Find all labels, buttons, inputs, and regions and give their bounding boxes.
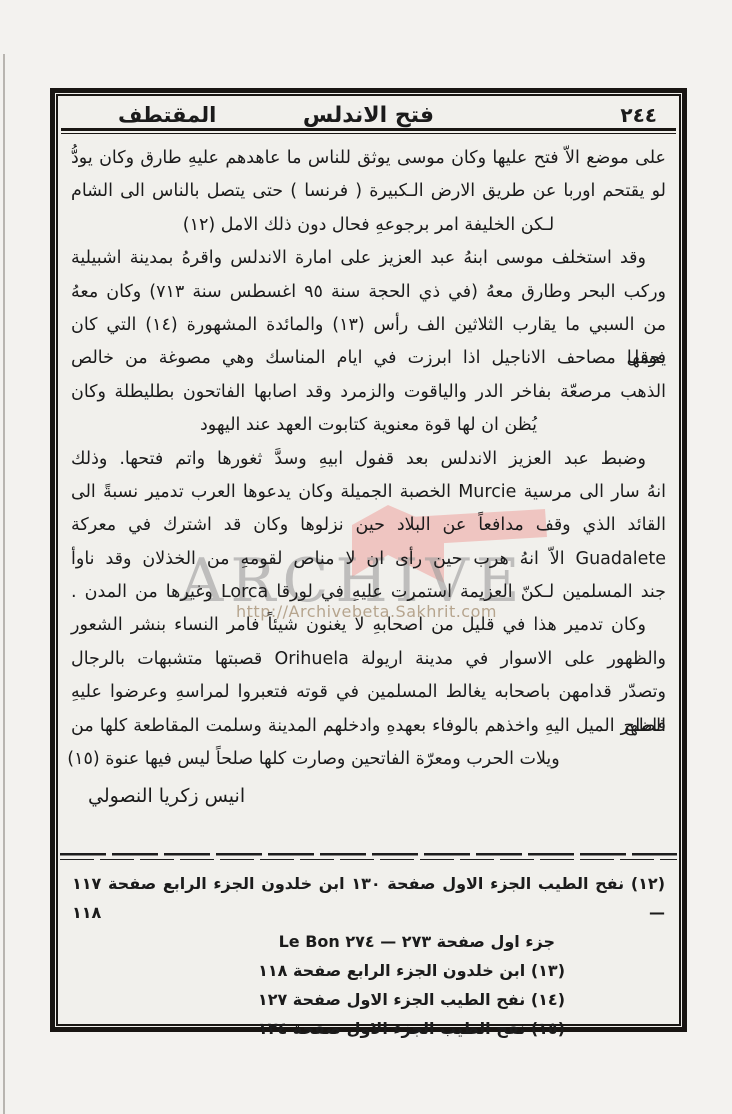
body-line: وتصدّر قدامهن باصحابه يغالط المسلمين في … [71,676,666,709]
body-line: لـكن الخليفة امر برجوعهِ فحال دون ذلك ال… [71,209,666,242]
body-line: يُظن ان لها قوة معنوية كتابوت العهد عند … [71,409,666,442]
author-signature: انيس زكريا النصولي [88,785,245,807]
page-content: ARCHIVE http://Archivebeta.Sakhrit.com ٢… [58,96,679,1024]
header-rule [61,128,676,134]
footnote-line: جزء اول صفحة ٢٧٣ — ٢٧٤ Le Bon [72,927,665,956]
body-line: انهُ سار الى مرسية Murcie الخصبة الجميلة… [71,476,666,509]
scan-fold-line [3,54,5,1114]
footnote-line: (١٥) نفح الطيب الجزء الاول صفحة ١٢٤ [72,1014,665,1043]
body-line: فوقها مصاحف الاناجيل اذا ابرزت في ايام ا… [71,342,666,375]
body-line: الذهب مرصعّة بفاخر الدر والياقوت والزمرد… [71,376,666,409]
body-line: فاظهر الميل اليهِ واخذهم بالوفاء بعهدهِ … [71,710,666,743]
body-line: والظهور على الاسوار في مدينة اريولة Orih… [71,643,666,676]
body-line: وركب البحر وطارق معهُ (في ذي الحجة سنة ٩… [71,276,666,309]
body-line: ويلات الحرب ومعرّة الفاتحين وصارت كلها ص… [16,743,611,776]
body-line: لو يقتحم اوربا عن طريق الارض الـكبيرة ( … [71,175,666,208]
body-line: وكان تدمير هذا في قليل من اصحابهِ لا يغن… [71,609,666,642]
footnotes: (١٢) نفح الطيب الجزء الاول صفحة ١٣٠ ابن … [72,869,665,1043]
scanned-page: { "header": { "page_number": "٢٤٤", "tit… [0,0,732,1114]
body-line: على موضع الاّ فتح عليها وكان موسى يوثق ل… [71,142,666,175]
body-line: القائد الذي وقف مدافعاً عن البلاد حين نز… [71,509,666,542]
footnote-line: (١٣) ابن خلدون الجزء الرابع صفحة ١١٨ [72,956,665,985]
page-frame: ARCHIVE http://Archivebeta.Sakhrit.com ٢… [50,88,687,1032]
footnote-line: (١٤) نفح الطيب الجزء الاول صفحة ١٢٧ [72,985,665,1014]
journal-name: المقتطف [118,103,216,127]
body-line: جند المسلمين لـكنّ العزيمة استمرت عليهِ … [71,576,666,609]
body-line: وضبط عبد العزيز الاندلس بعد قفول ابيهِ و… [71,443,666,476]
footnote-separator [60,853,677,860]
body-text: على موضع الاّ فتح عليها وكان موسى يوثق ل… [71,142,666,776]
body-line: وقد استخلف موسى ابنهُ عبد العزيز على اما… [71,242,666,275]
page-frame-inner-rule: ARCHIVE http://Archivebeta.Sakhrit.com ٢… [56,94,681,1026]
footnote-line: (١٢) نفح الطيب الجزء الاول صفحة ١٣٠ ابن … [72,869,665,927]
body-line: Guadalete الاّ انهُ هرب حين رأى ان لا من… [71,543,666,576]
body-line: من السبي ما يقارب الثلاثين الف رأس (١٣) … [71,309,666,342]
